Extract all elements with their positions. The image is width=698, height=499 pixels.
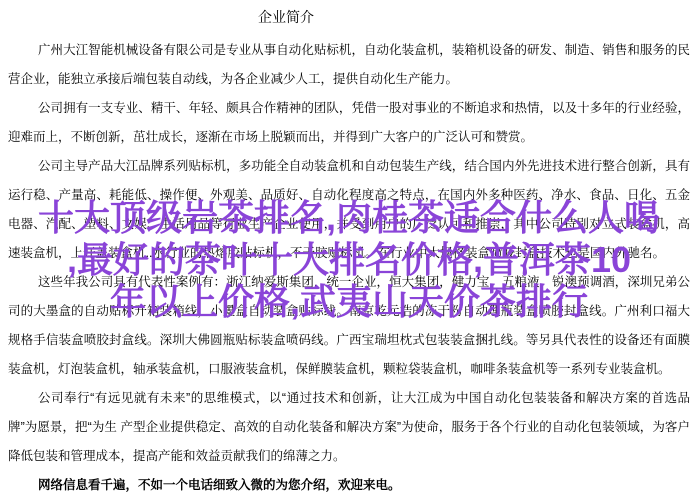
document-body: 企业简介 广州大江智能机械设备有限公司是专业从事自动化贴标机，自动化装盒机，装箱… — [0, 0, 698, 499]
paragraph-products: 公司主导产品大江品牌系列贴标机，多功能全自动装盒机和自动包装生产线，结合国内外先… — [8, 152, 690, 268]
paragraph-company-overview: 广州大江智能机械设备有限公司是专业从事自动化贴标机，自动化装盒机，装箱机设备的研… — [8, 36, 690, 94]
paragraph-cases: 这些年我公司具有代表性案例有：浙江纳爱斯集团，统一企业，恒大集团，健力宝，五粮液… — [8, 268, 690, 384]
paragraph-vision: 公司奉行“有远见就有未来”的思维模式，以“通过技术和创新，让大江成为中国自动化包… — [8, 384, 690, 471]
company-intro-page: 企业简介 广州大江智能机械设备有限公司是专业从事自动化贴标机，自动化装盒机，装箱… — [0, 0, 698, 499]
paragraph-contact-invitation: 网络信息看千遍，不如一个电话细致入微的为您介绍，欢迎来电。 — [8, 471, 690, 499]
paragraph-team: 公司拥有一支专业、精干、年轻、颇具合作精神的团队，凭借一股对事业的不断追求和热情… — [8, 94, 690, 152]
page-title: 企业简介 — [258, 4, 690, 30]
